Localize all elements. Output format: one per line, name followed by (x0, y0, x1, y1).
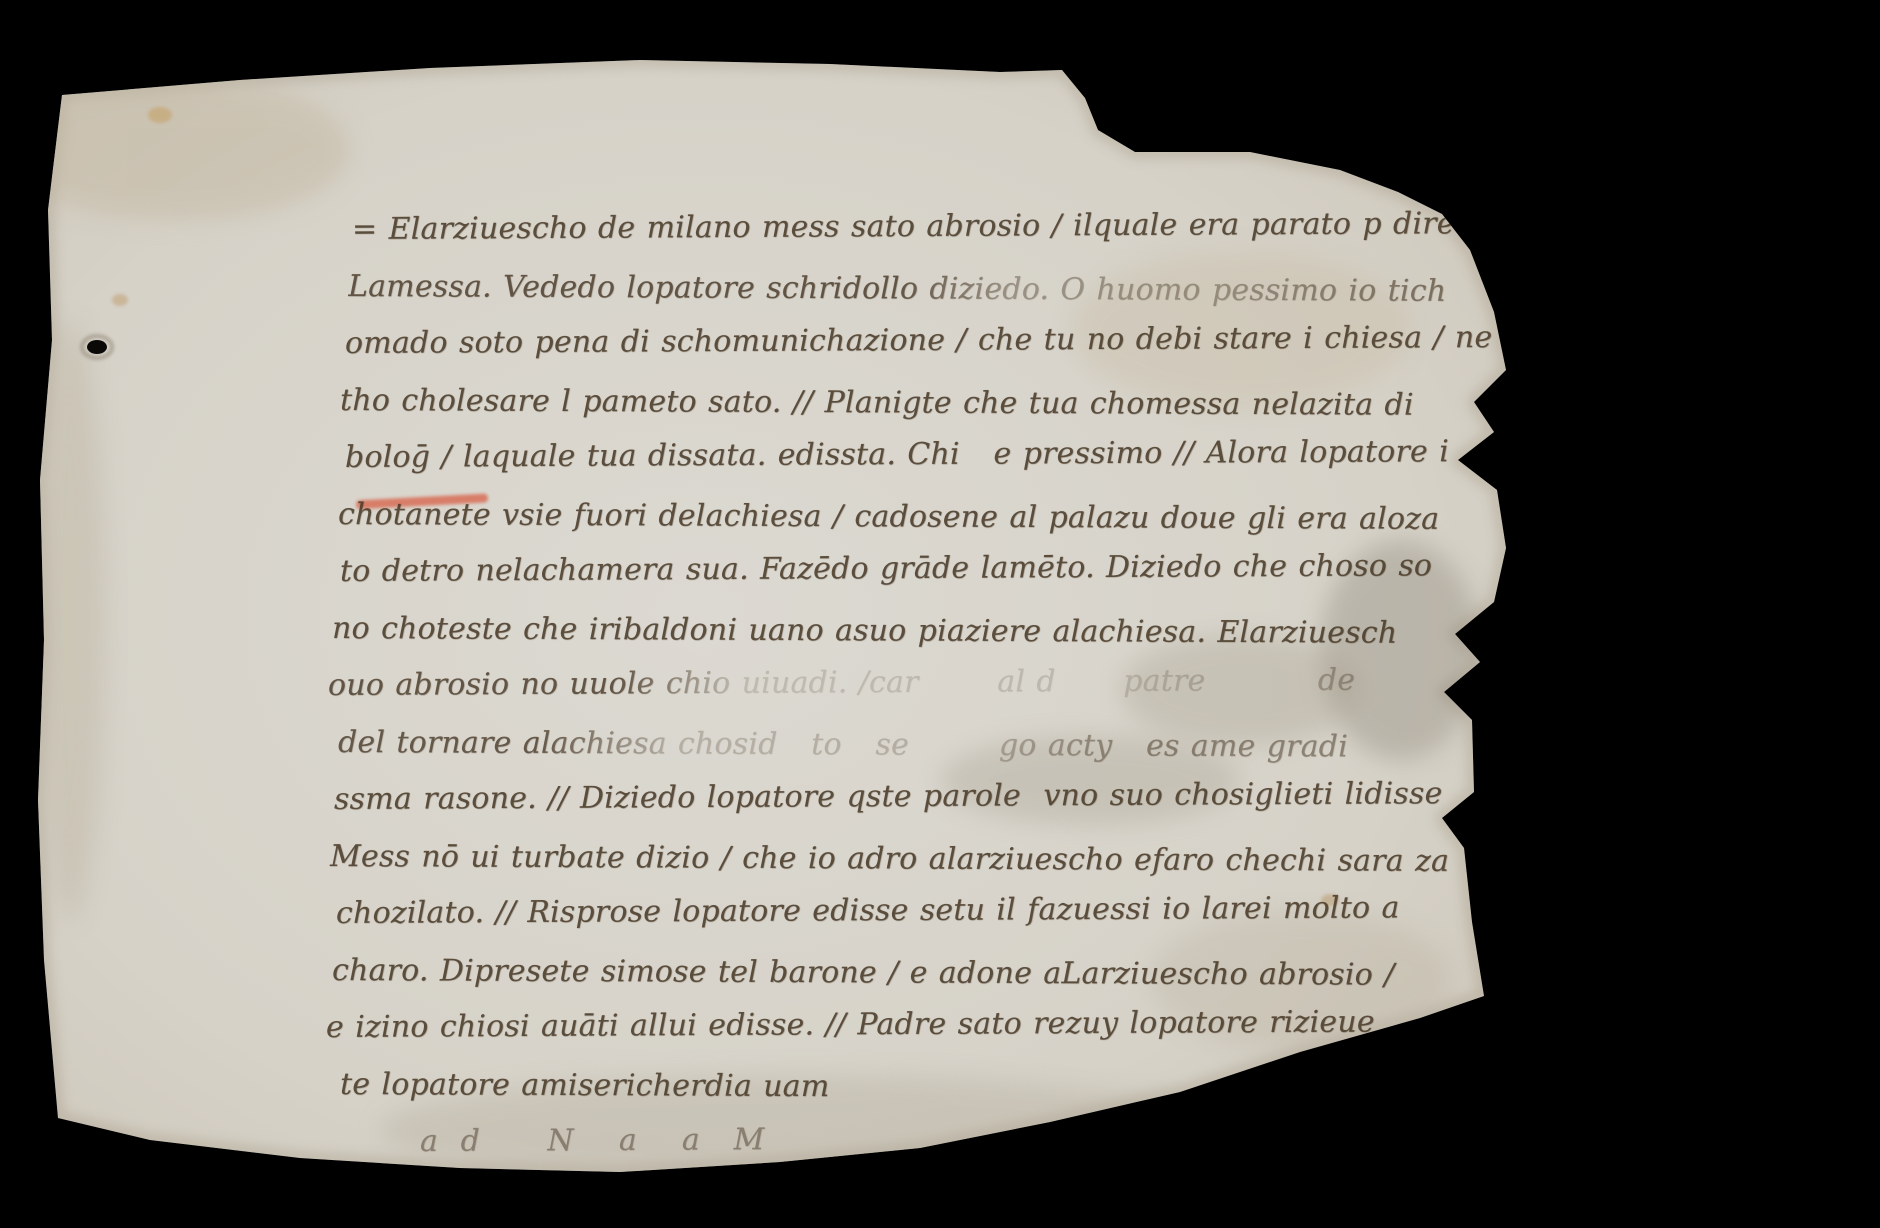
manuscript-line: ssma rasone. // Diziedo lopatore qste pa… (334, 776, 1443, 817)
photograph-of-manuscript: = Elarziuescho de milano mess sato abros… (0, 0, 1880, 1228)
manuscript-line: te lopatore amisericherdia uam (340, 1067, 830, 1104)
manuscript-line: Lamessa. Vededo lopatore schridollo dizi… (348, 269, 1446, 309)
manuscript-line: no choteste che iribaldoni uano asuo pia… (332, 611, 1397, 651)
manuscript-line: ouo abrosio no uuole chio uiuadi. /car a… (328, 663, 1355, 703)
manuscript-line: e izino chiosi auāti allui edisse. // P… (326, 1005, 1375, 1045)
manuscript-line: charo. Dipresete simose tel barone / e a… (332, 953, 1395, 993)
manuscript-line: del tornare alachiesa chosid to se go ac… (338, 725, 1348, 764)
manuscript-line: chozilato. // Risprose lopatore edisse s… (336, 890, 1400, 931)
manuscript-line: to detro nelachamera sua. Fazēdo grāde… (340, 548, 1432, 589)
manuscript-line: Mess nō ui turbate dizio / che io adro … (330, 839, 1449, 879)
manuscript-line: omado soto pena di schomunichazione / ch… (345, 320, 1493, 361)
manuscript-line: tho cholesare l pameto sato. // Planigte… (340, 383, 1414, 423)
manuscript-line: chotanete vsie fuori delachiesa / cadose… (338, 497, 1439, 537)
manuscript-line-cut-off: a d N a a M (420, 1122, 765, 1159)
manuscript-line: boloḡ / laquale tua dissata. edissta. C… (345, 434, 1449, 475)
manuscript-line: = Elarziuescho de milano mess sato abros… (352, 206, 1455, 247)
